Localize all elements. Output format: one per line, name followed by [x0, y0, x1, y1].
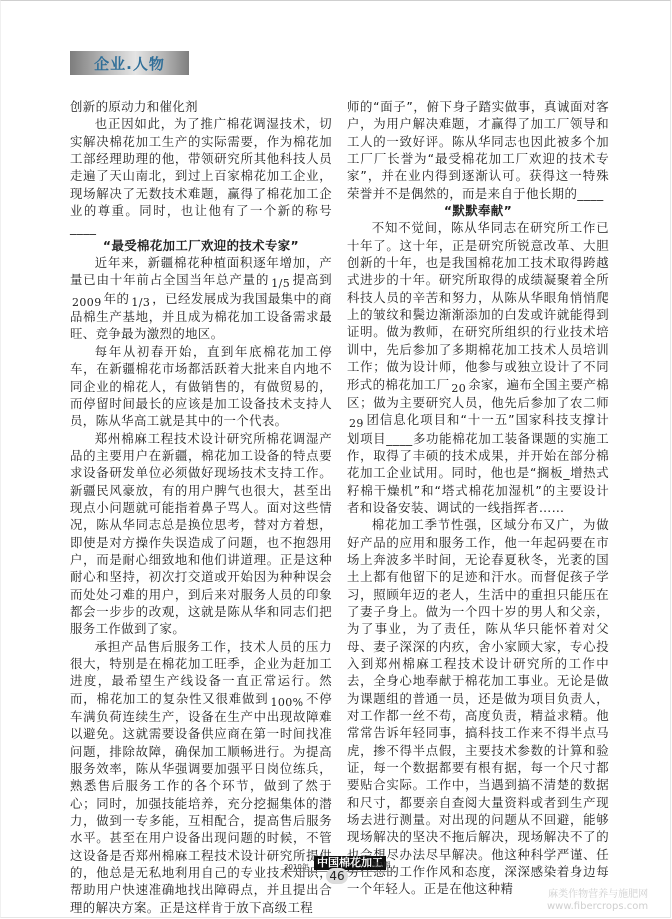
- fraction-value: 1/5: [271, 277, 290, 290]
- paragraph: 棉花加工季节性强，区域分布又广，为做好产品的应用和服务工作，他一年起码要在市场上…: [347, 516, 609, 898]
- text-run: 提高到: [292, 272, 332, 287]
- text-run: 不知不觉间，陈从华同志在研究所工作已十年了。这十年，正是研究所锐意改革、大胆创新…: [347, 220, 609, 391]
- fraction-value: 1/3: [131, 296, 150, 309]
- paragraph: 近年来，新疆棉花种植面积逐年增加，产量已由十年前占全国当年总产量的1/5提高到2…: [70, 254, 332, 343]
- subheading: “默默奉献”: [347, 202, 609, 219]
- year-value: 2009: [72, 296, 102, 309]
- watermark-line: 麻类作物营养与施肥网: [547, 889, 648, 901]
- paragraph: 创新的原动力和催化剂: [70, 98, 332, 115]
- regiment-number: 29: [349, 417, 364, 430]
- left-column: 创新的原动力和催化剂 也正因如此，为了推广棉花调湿技术，切实解决棉花加工生产的实…: [70, 98, 332, 916]
- paragraph: 每年从初春开始，直到年底棉花加工停车，在新疆棉花市场都活跃着大批来自内地不同企业…: [70, 343, 332, 430]
- count-value: 20: [451, 382, 466, 395]
- text-run: 团信息化项目和“十一五”国家科技支撑计划项目____多功能棉花加工装备课题的实施…: [347, 412, 609, 515]
- page-number: 46: [326, 868, 348, 884]
- subheading: “最受棉花加工厂欢迎的技术专家”: [70, 237, 332, 254]
- section-banner: 企业.人物: [70, 51, 189, 75]
- watermark-url: www.fibercrops.com: [547, 901, 648, 913]
- paragraph: 也正因如此，为了推广棉花调湿技术，切实解决棉花加工生产的实际需要，作为棉花加工部…: [70, 115, 332, 236]
- paragraph: 师的“面子”，俯下身子踏实做事，真诚面对客户，为用户解决难题，才赢得了加工厂领导…: [347, 98, 609, 202]
- paragraph: 郑州棉麻工程技术设计研究所棉花调湿产品的主要用户在新疆，棉花加工设备的特点要求设…: [70, 430, 332, 638]
- issue-number: 第1期: [372, 860, 390, 870]
- percent-value: 100%: [270, 696, 303, 709]
- right-column: 师的“面子”，俯下身子踏实做事，真诚面对客户，为用户解决难题，才赢得了加工厂领导…: [347, 98, 609, 898]
- text-run: 不停车满负荷连续生产，设备在生产中出现故障难以避免。这就需要设备供应商在第一时间…: [70, 691, 332, 915]
- paragraph: 不知不觉间，陈从华同志在研究所工作已十年了。这十年，正是研究所锐意改革、大胆创新…: [347, 219, 609, 516]
- watermark: 麻类作物营养与施肥网 www.fibercrops.com: [547, 889, 648, 913]
- section-title: 企业.人物: [94, 53, 165, 74]
- text-run: 年的: [104, 291, 130, 306]
